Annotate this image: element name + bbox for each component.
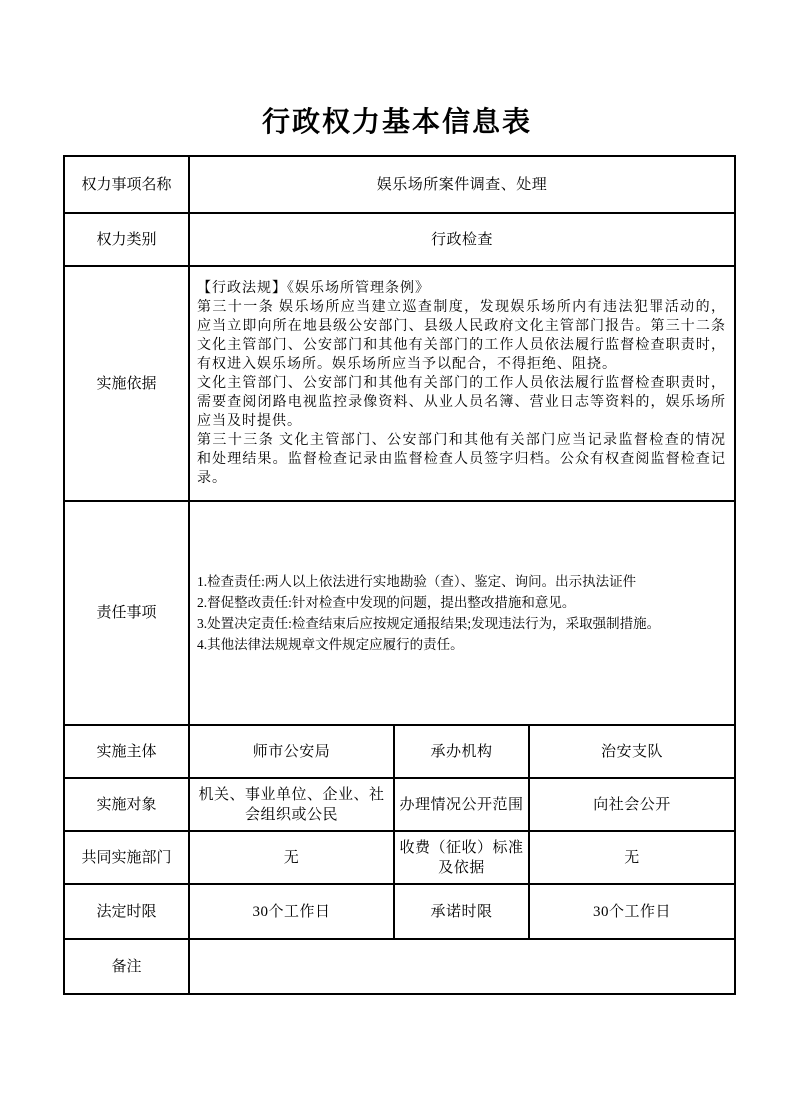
disclosure-scope-value: 向社会公开 bbox=[529, 778, 735, 831]
duty-paragraph: 1.检查责任:两人以上依法进行实地勘验（查）、鉴定、询问。出示执法证件 bbox=[197, 571, 726, 592]
document-page: 行政权力基本信息表 权力事项名称 娱乐场所案件调查、处理 权力类别 行政检查 实… bbox=[0, 0, 794, 1108]
row-power-item-name: 权力事项名称 娱乐场所案件调查、处理 bbox=[64, 156, 735, 213]
remarks-label: 备注 bbox=[64, 939, 189, 994]
implementation-target-label: 实施对象 bbox=[64, 778, 189, 831]
joint-implementation-label: 共同实施部门 bbox=[64, 831, 189, 884]
power-item-name-value: 娱乐场所案件调查、处理 bbox=[189, 156, 735, 213]
implementation-basis-text: 【行政法规】《娱乐场所管理条例》 第三十一条 娱乐场所应当建立巡查制度，发现娱乐… bbox=[189, 266, 735, 501]
row-joint-implementation: 共同实施部门 无 收费（征收）标准及依据 无 bbox=[64, 831, 735, 884]
basis-paragraph: 第三十三条 文化主管部门、公安部门和其他有关部门应当记录监督检查的情况和处理结果… bbox=[197, 431, 726, 488]
page-title: 行政权力基本信息表 bbox=[0, 106, 794, 140]
power-item-name-label: 权力事项名称 bbox=[64, 156, 189, 213]
power-category-label: 权力类别 bbox=[64, 213, 189, 266]
undertaking-agency-label: 承办机构 bbox=[394, 725, 529, 778]
row-statutory-time-limit: 法定时限 30个工作日 承诺时限 30个工作日 bbox=[64, 884, 735, 939]
duty-paragraph: 4.其他法律法规规章文件规定应履行的责任。 bbox=[197, 634, 726, 655]
info-table: 权力事项名称 娱乐场所案件调查、处理 权力类别 行政检查 实施依据 【行政法规】… bbox=[63, 155, 736, 995]
implementing-body-label: 实施主体 bbox=[64, 725, 189, 778]
promised-time-limit-value: 30个工作日 bbox=[529, 884, 735, 939]
responsibility-items-text: 1.检查责任:两人以上依法进行实地勘验（查）、鉴定、询问。出示执法证件 2.督促… bbox=[189, 501, 735, 725]
row-implementation-basis: 实施依据 【行政法规】《娱乐场所管理条例》 第三十一条 娱乐场所应当建立巡查制度… bbox=[64, 266, 735, 501]
remarks-value bbox=[189, 939, 735, 994]
fee-standard-value: 无 bbox=[529, 831, 735, 884]
implementation-basis-label: 实施依据 bbox=[64, 266, 189, 501]
implementing-body-value: 师市公安局 bbox=[189, 725, 394, 778]
row-power-category: 权力类别 行政检查 bbox=[64, 213, 735, 266]
implementation-target-value: 机关、事业单位、企业、社会组织或公民 bbox=[189, 778, 394, 831]
duty-paragraph: 2.督促整改责任:针对检查中发现的问题，提出整改措施和意见。 bbox=[197, 592, 726, 613]
promised-time-limit-label: 承诺时限 bbox=[394, 884, 529, 939]
row-remarks: 备注 bbox=[64, 939, 735, 994]
power-category-value: 行政检查 bbox=[189, 213, 735, 266]
statutory-time-limit-label: 法定时限 bbox=[64, 884, 189, 939]
duty-paragraph: 3.处置决定责任:检查结束后应按规定通报结果;发现违法行为，采取强制措施。 bbox=[197, 613, 726, 634]
responsibility-items-label: 责任事项 bbox=[64, 501, 189, 725]
fee-standard-label: 收费（征收）标准及依据 bbox=[394, 831, 529, 884]
statutory-time-limit-value: 30个工作日 bbox=[189, 884, 394, 939]
undertaking-agency-value: 治安支队 bbox=[529, 725, 735, 778]
row-implementing-body: 实施主体 师市公安局 承办机构 治安支队 bbox=[64, 725, 735, 778]
row-implementation-target: 实施对象 机关、事业单位、企业、社会组织或公民 办理情况公开范围 向社会公开 bbox=[64, 778, 735, 831]
basis-paragraph: 【行政法规】《娱乐场所管理条例》 bbox=[197, 279, 726, 298]
basis-paragraph: 第三十一条 娱乐场所应当建立巡查制度，发现娱乐场所内有违法犯罪活动的，应当立即向… bbox=[197, 298, 726, 374]
basis-paragraph: 文化主管部门、公安部门和其他有关部门的工作人员依法履行监督检查职责时，需要查阅闭… bbox=[197, 374, 726, 431]
disclosure-scope-label: 办理情况公开范围 bbox=[394, 778, 529, 831]
row-responsibility-items: 责任事项 1.检查责任:两人以上依法进行实地勘验（查）、鉴定、询问。出示执法证件… bbox=[64, 501, 735, 725]
joint-implementation-value: 无 bbox=[189, 831, 394, 884]
